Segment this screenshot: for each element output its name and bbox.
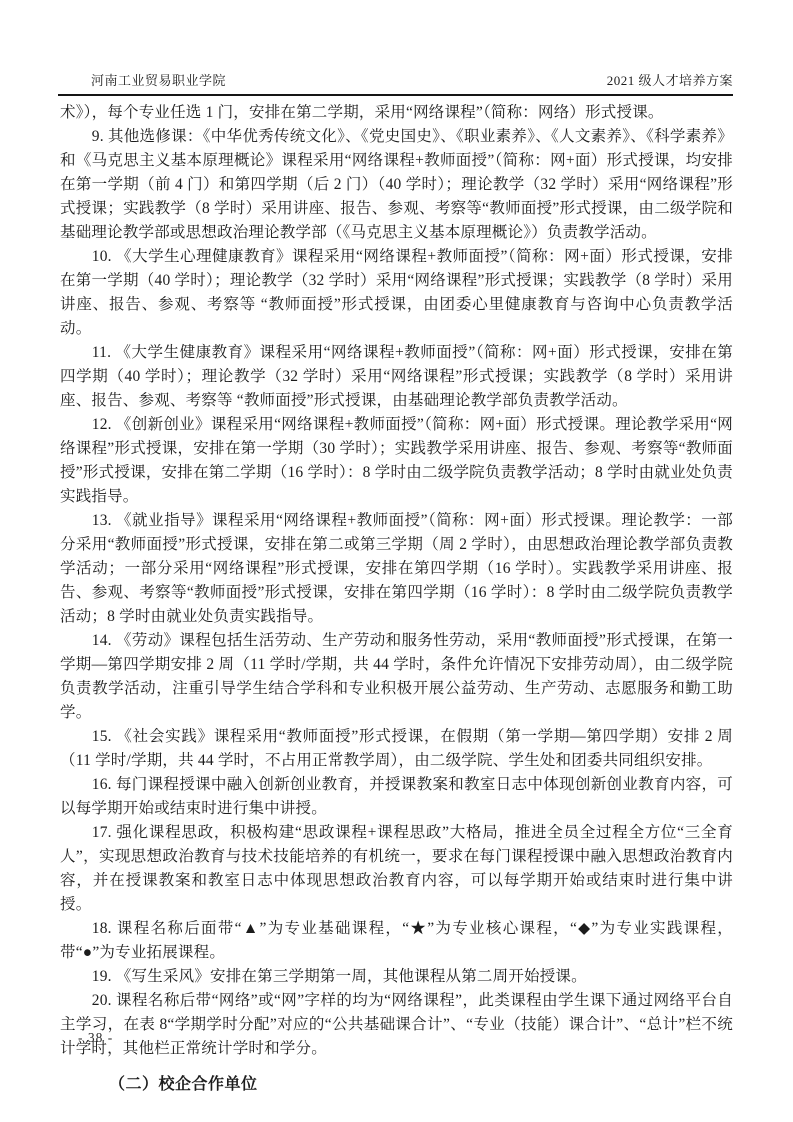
paragraph: 20. 课程名称后带“网络”或“网”字样的均为“网络课程”，此类课程由学生课下通… — [60, 989, 733, 1061]
paragraph: 术》），每个专业任选 1 门，安排在第二学期，采用“网络课程”（简称：网络）形式… — [60, 101, 733, 125]
paragraph: 18. 课程名称后面带“▲”为专业基础课程，“★”为专业核心课程，“◆”为专业实… — [60, 917, 733, 965]
page-header: 河南工业贸易职业学院 2021 级人才培养方案 — [58, 70, 733, 96]
paragraph: 16. 每门课程授课中融入创新创业教育，并授课教案和教室日志中体现创新创业教育内… — [60, 773, 733, 821]
paragraph: 15. 《社会实践》课程采用“教师面授”形式授课，在假期（第一学期—第四学期）安… — [60, 725, 733, 773]
paragraph: 11. 《大学生健康教育》课程采用“网络课程+教师面授”（简称：网+面）形式授课… — [60, 341, 733, 413]
paragraph: 19. 《写生采风》安排在第三学期第一周，其他课程从第二周开始授课。 — [60, 965, 733, 989]
document-body: 术》），每个专业任选 1 门，安排在第二学期，采用“网络课程”（简称：网络）形式… — [60, 101, 733, 1097]
header-school-name: 河南工业贸易职业学院 — [58, 70, 226, 89]
paragraph: 13. 《就业指导》课程采用“网络课程+教师面授”（简称：网+面）形式授课。理论… — [60, 509, 733, 629]
header-doc-title: 2021 级人才培养方案 — [607, 70, 733, 89]
paragraph: 12. 《创新创业》课程采用“网络课程+教师面授”（简称：网+面）形式授课。理论… — [60, 413, 733, 509]
document-page: 河南工业贸易职业学院 2021 级人才培养方案 术》），每个专业任选 1 门，安… — [0, 0, 793, 1122]
paragraph: 9. 其他选修课：《中华优秀传统文化》、《党史国史》、《职业素养》、《人文素养》… — [60, 125, 733, 245]
paragraph: 10. 《大学生心理健康教育》课程采用“网络课程+教师面授”（简称：网+面）形式… — [60, 245, 733, 341]
paragraph: 17. 强化课程思政，积极构建“思政课程+课程思政”大格局，推进全员全过程全方位… — [60, 821, 733, 917]
page-footer: - 38 - — [78, 1030, 113, 1046]
page-number: - 38 - — [78, 1030, 113, 1045]
paragraph-container: 术》），每个专业任选 1 门，安排在第二学期，采用“网络课程”（简称：网络）形式… — [60, 101, 733, 1061]
section-heading: （二）校企合作单位 — [60, 1073, 733, 1097]
paragraph: 14. 《劳动》课程包括生活劳动、生产劳动和服务性劳动，采用“教师面授”形式授课… — [60, 629, 733, 725]
